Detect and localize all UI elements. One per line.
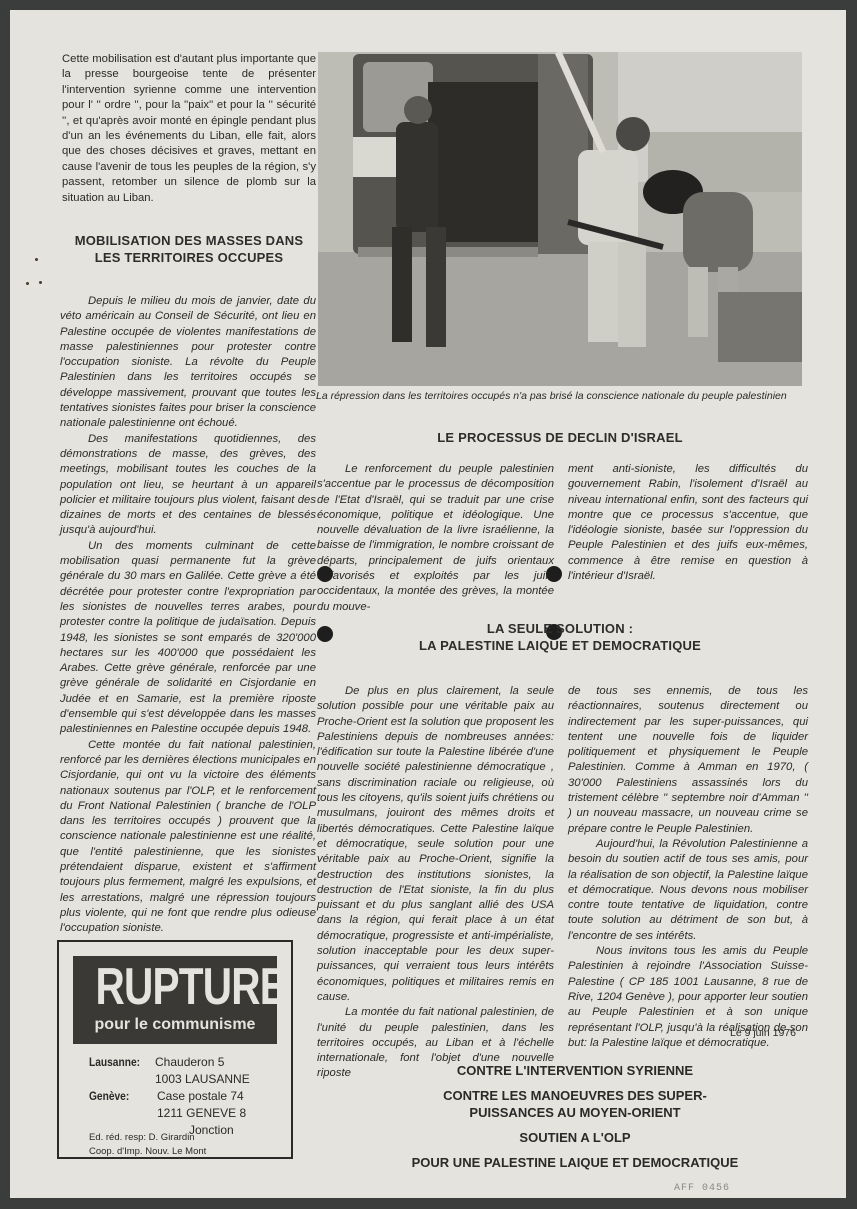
section-declin-col2: ment anti-sioniste, les difficultés du g… <box>568 462 808 584</box>
section-mobilisation-body: Depuis le milieu du mois de janvier, dat… <box>60 294 316 936</box>
photo-caption: La répression dans les territoires occup… <box>316 390 806 404</box>
margin-dot <box>26 282 29 285</box>
photo-illustration <box>318 52 802 386</box>
slogan: POUR UNE PALESTINE LAIQUE ET DEMOCRATIQU… <box>365 1154 785 1171</box>
section-solution-col2: de tous ses ennemis, de tous les réactio… <box>568 684 808 1051</box>
document-date: Le 9 juin 1976 <box>730 1027 796 1039</box>
paragraph: Le renforcement du peuple palestinien s'… <box>317 462 554 615</box>
geneve-label: Genève: <box>89 1088 136 1105</box>
slogan: CONTRE L'INTERVENTION SYRIENNE <box>365 1062 785 1079</box>
paragraph: Aujourd'hui, la Révolution Palestinienne… <box>568 837 808 944</box>
paragraph: Depuis le milieu du mois de janvier, dat… <box>60 294 316 432</box>
section-solution-col1: De plus en plus clairement, la seule sol… <box>317 684 554 1082</box>
intro-paragraph: Cette mobilisation est d'autant plus imp… <box>62 52 316 206</box>
punch-hole <box>317 566 333 582</box>
section-heading-solution: LA SEULE SOLUTION : LA PALESTINE LAIQUE … <box>318 620 802 654</box>
document-page: Cette mobilisation est d'autant plus imp… <box>10 10 846 1198</box>
paragraph: de tous ses ennemis, de tous les réactio… <box>568 684 808 837</box>
editor-credits: Ed. réd. resp: D. Girardin Coop. d'Imp. … <box>89 1131 206 1159</box>
rupture-masthead: RUPTURE pour le communisme Lausanne: Cha… <box>57 940 293 1159</box>
rupture-logo: RUPTURE pour le communisme <box>73 956 277 1044</box>
section-heading-declin: LE PROCESSUS DE DECLIN D'ISRAEL <box>318 429 802 446</box>
paragraph: De plus en plus clairement, la seule sol… <box>317 684 554 1005</box>
archive-code: AFF 0456 <box>674 1183 730 1194</box>
news-photo <box>318 52 802 386</box>
lausanne-address: Chauderon 5 1003 LAUSANNE <box>155 1054 250 1088</box>
margin-dot <box>35 258 38 261</box>
paragraph: Un des moments culminant de cette mobili… <box>60 539 316 738</box>
lausanne-label: Lausanne: <box>89 1054 149 1071</box>
paragraph: Cette montée du fait national palestinie… <box>60 738 316 937</box>
slogan: CONTRE LES MANOEUVRES DES SUPER-PUISSANC… <box>365 1087 785 1121</box>
slogans-block: CONTRE L'INTERVENTION SYRIENNE CONTRE LE… <box>365 1062 785 1179</box>
paragraph: ment anti-sioniste, les difficultés du g… <box>568 462 808 584</box>
punch-hole <box>546 566 562 582</box>
section-heading-mobilisation: MOBILISATION DES MASSES DANS LES TERRITO… <box>62 232 316 266</box>
margin-dot <box>39 281 42 284</box>
section-declin-col1: Le renforcement du peuple palestinien s'… <box>317 462 554 615</box>
slogan: SOUTIEN A L'OLP <box>365 1129 785 1146</box>
paragraph: Des manifestations quotidiennes, des dém… <box>60 432 316 539</box>
